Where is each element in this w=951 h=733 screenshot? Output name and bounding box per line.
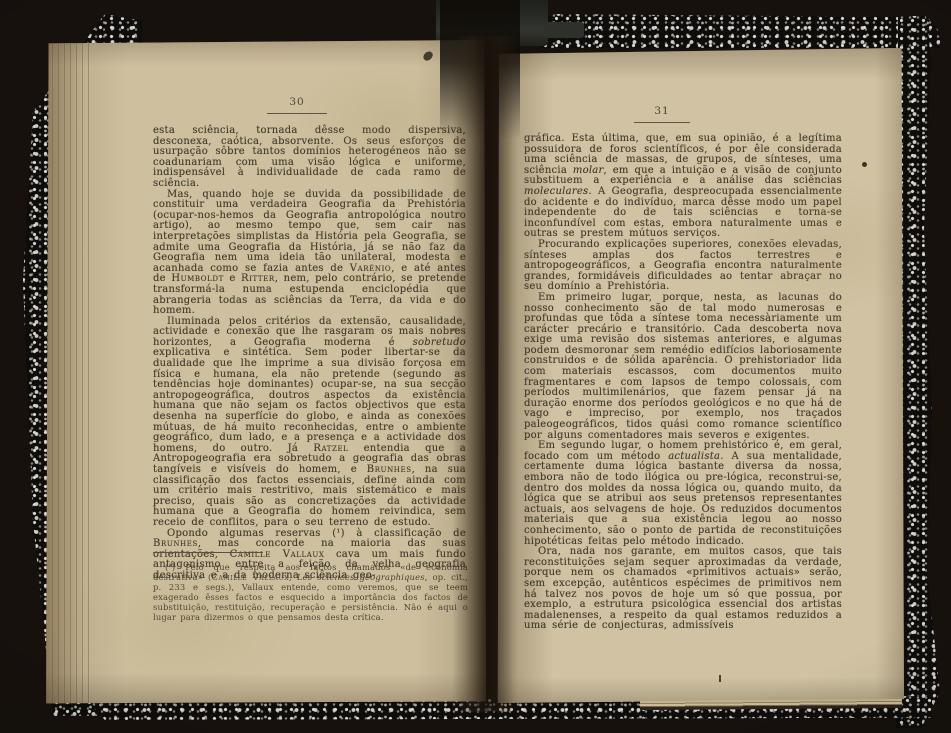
- paragraph: Em primeiro lugar, porque, nesta, as lac…: [524, 293, 842, 441]
- paragraph: Iluminada pelos critérios da extensão, c…: [153, 317, 466, 529]
- page-number-left: 30: [267, 96, 327, 114]
- page-number-right: 31: [634, 105, 690, 123]
- marbled-cover-top-edge: [540, 14, 940, 48]
- ink-tick: [719, 675, 721, 682]
- page-left-text: esta sciência, tornada dêsse modo disper…: [153, 126, 466, 582]
- paragraph: Em segundo lugar, o homem prehistórico é…: [524, 441, 842, 547]
- page-edge-stack: [46, 40, 92, 706]
- page-left: 30 esta sciência, tornada dêsse modo dis…: [46, 40, 486, 706]
- paragraph: Mas, quando hoje se duvida da possibilid…: [153, 190, 466, 317]
- ink-dot: [862, 162, 867, 167]
- paragraph: gráfica. Esta última, que, em sua opiniã…: [524, 134, 842, 240]
- book-clamp-arm: [544, 22, 584, 38]
- page-right-text: gráfica. Esta última, que, em sua opiniã…: [524, 134, 842, 632]
- ink-blot: [422, 50, 434, 63]
- book-scan: 30 esta sciência, tornada dêsse modo dis…: [0, 0, 951, 733]
- paragraph: esta sciência, tornada dêsse modo disper…: [153, 126, 466, 190]
- gutter-shadow: [452, 36, 518, 712]
- footnote-rule: [153, 552, 263, 553]
- paragraph: Ora, nada nos garante, em muitos casos, …: [524, 547, 842, 632]
- paragraph: Procurando explicações superiores, conex…: [524, 240, 842, 293]
- page-right: 31 gráfica. Esta última, que, em sua opi…: [497, 48, 904, 703]
- footnote: (¹) Pelo que respeita aos factos chamado…: [153, 562, 468, 622]
